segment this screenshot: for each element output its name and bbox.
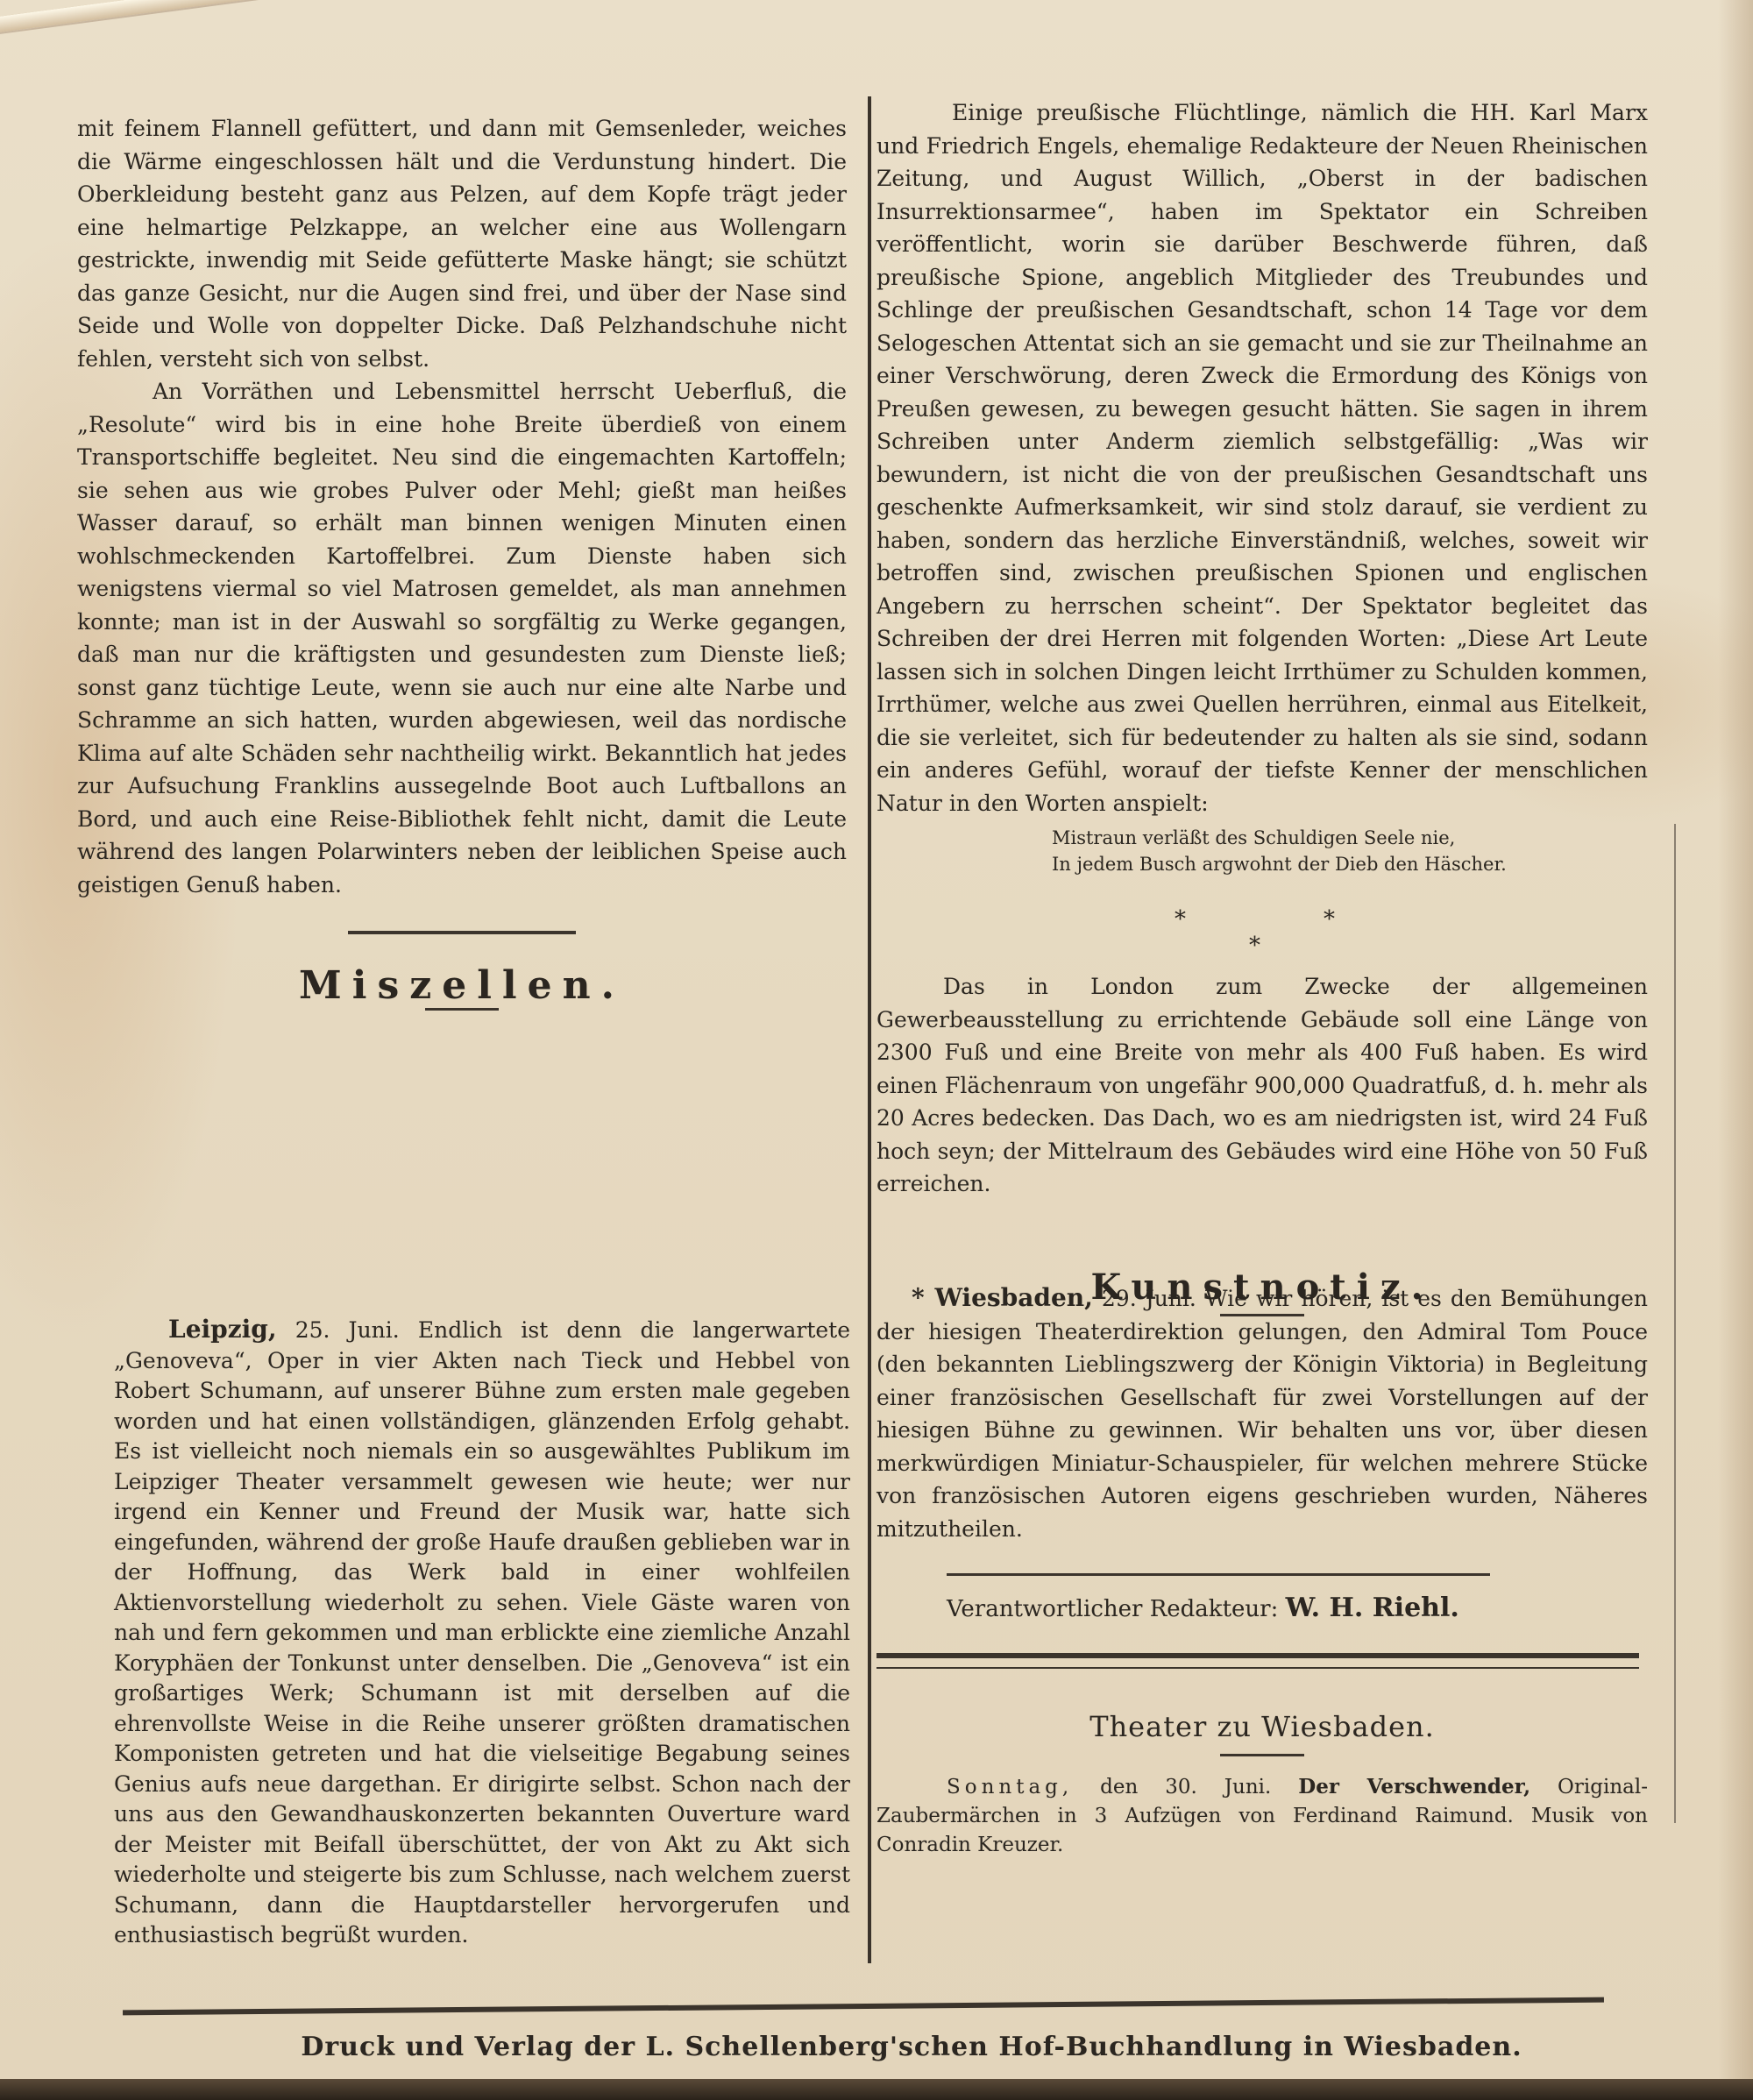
left-column-top: mit feinem Flannell gefüttert, und dann … <box>77 112 847 1011</box>
editor-divider <box>947 1573 1490 1576</box>
notice-body: Wie wir hören, ist es den Bemühungen der… <box>876 1286 1648 1542</box>
right-column-bottom: * Wiesbaden, 29. Juni. Wie wir hören, is… <box>876 1316 1648 1860</box>
page-edge-shadow <box>1718 0 1753 2079</box>
listing-date: den 30. Juni. <box>1100 1776 1271 1798</box>
editor-name: W. H. Riehl. <box>1286 1593 1459 1623</box>
dateline-date: 25. Juni. <box>295 1317 400 1343</box>
theater-title: Theater zu Wiesbaden. <box>876 1711 1648 1744</box>
editor-line: Verantwortlicher Redakteur: W. H. Riehl. <box>947 1592 1648 1627</box>
dateline-place: * Wiesbaden, <box>912 1283 1093 1312</box>
article-continuation-paragraph: mit feinem Flannell gefüttert, und dann … <box>77 112 847 375</box>
dateline-place: Leipzig, <box>168 1315 277 1344</box>
right-column-top: Einige preußische Flüchtlinge, nämlich d… <box>876 96 1648 1316</box>
scan-bottom-edge <box>0 2079 1753 2100</box>
editor-label: Verantwortlicher Redakteur: <box>947 1596 1278 1622</box>
leipzig-article: Leipzig, 25. Juni. Endlich ist denn die … <box>114 1315 850 1951</box>
listing-play: Der Verschwender, <box>1298 1775 1530 1798</box>
star-glyph: * <box>1175 904 1186 937</box>
star-glyph: * <box>1249 930 1260 963</box>
listing-day: Sonntag, <box>947 1776 1073 1798</box>
left-column-miszellen-article: Leipzig, 25. Juni. Endlich ist denn die … <box>114 1315 850 1951</box>
refugees-article: Einige preußische Flüchtlinge, nämlich d… <box>876 96 1648 819</box>
verse-line: Mistraun verläßt des Schuldigen Seele ni… <box>1052 825 1648 851</box>
column-divider <box>868 96 871 1963</box>
footer-rule <box>123 1997 1604 2016</box>
article-provisions-paragraph: An Vorräthen und Lebensmittel herrscht U… <box>77 375 847 901</box>
newspaper-page: mit feinem Flannell gefüttert, und dann … <box>0 0 1753 2079</box>
section-divider <box>348 931 576 934</box>
paper-fold-crease <box>0 0 776 35</box>
star-glyph: * <box>1324 904 1335 937</box>
verse-line: In jedem Busch argwohnt der Dieb den Häs… <box>1052 851 1648 877</box>
imprint-footer: Druck und Verlag der L. Schellenberg'sch… <box>298 2032 1525 2062</box>
right-margin-rule <box>1674 824 1676 1823</box>
theater-listing: Sonntag, den 30. Juni. Der Verschwender,… <box>876 1772 1648 1860</box>
wiesbaden-notice: * Wiesbaden, 29. Juni. Wie wir hören, is… <box>876 1281 1648 1545</box>
dateline-date: 29. Juni. <box>1102 1286 1196 1311</box>
asterism-separator: * * * <box>876 877 1648 965</box>
section-title-miszellen: Miszellen. <box>77 969 847 1003</box>
verse-quote: Mistraun verläßt des Schuldigen Seele ni… <box>1052 825 1648 877</box>
article-body: Endlich ist denn die langerwartete „Geno… <box>114 1317 850 1947</box>
title-underline <box>1220 1754 1304 1756</box>
london-exhibition-article: Das in London zum Zwecke der allgemeinen… <box>876 970 1648 1201</box>
theater-double-rule <box>876 1653 1639 1669</box>
